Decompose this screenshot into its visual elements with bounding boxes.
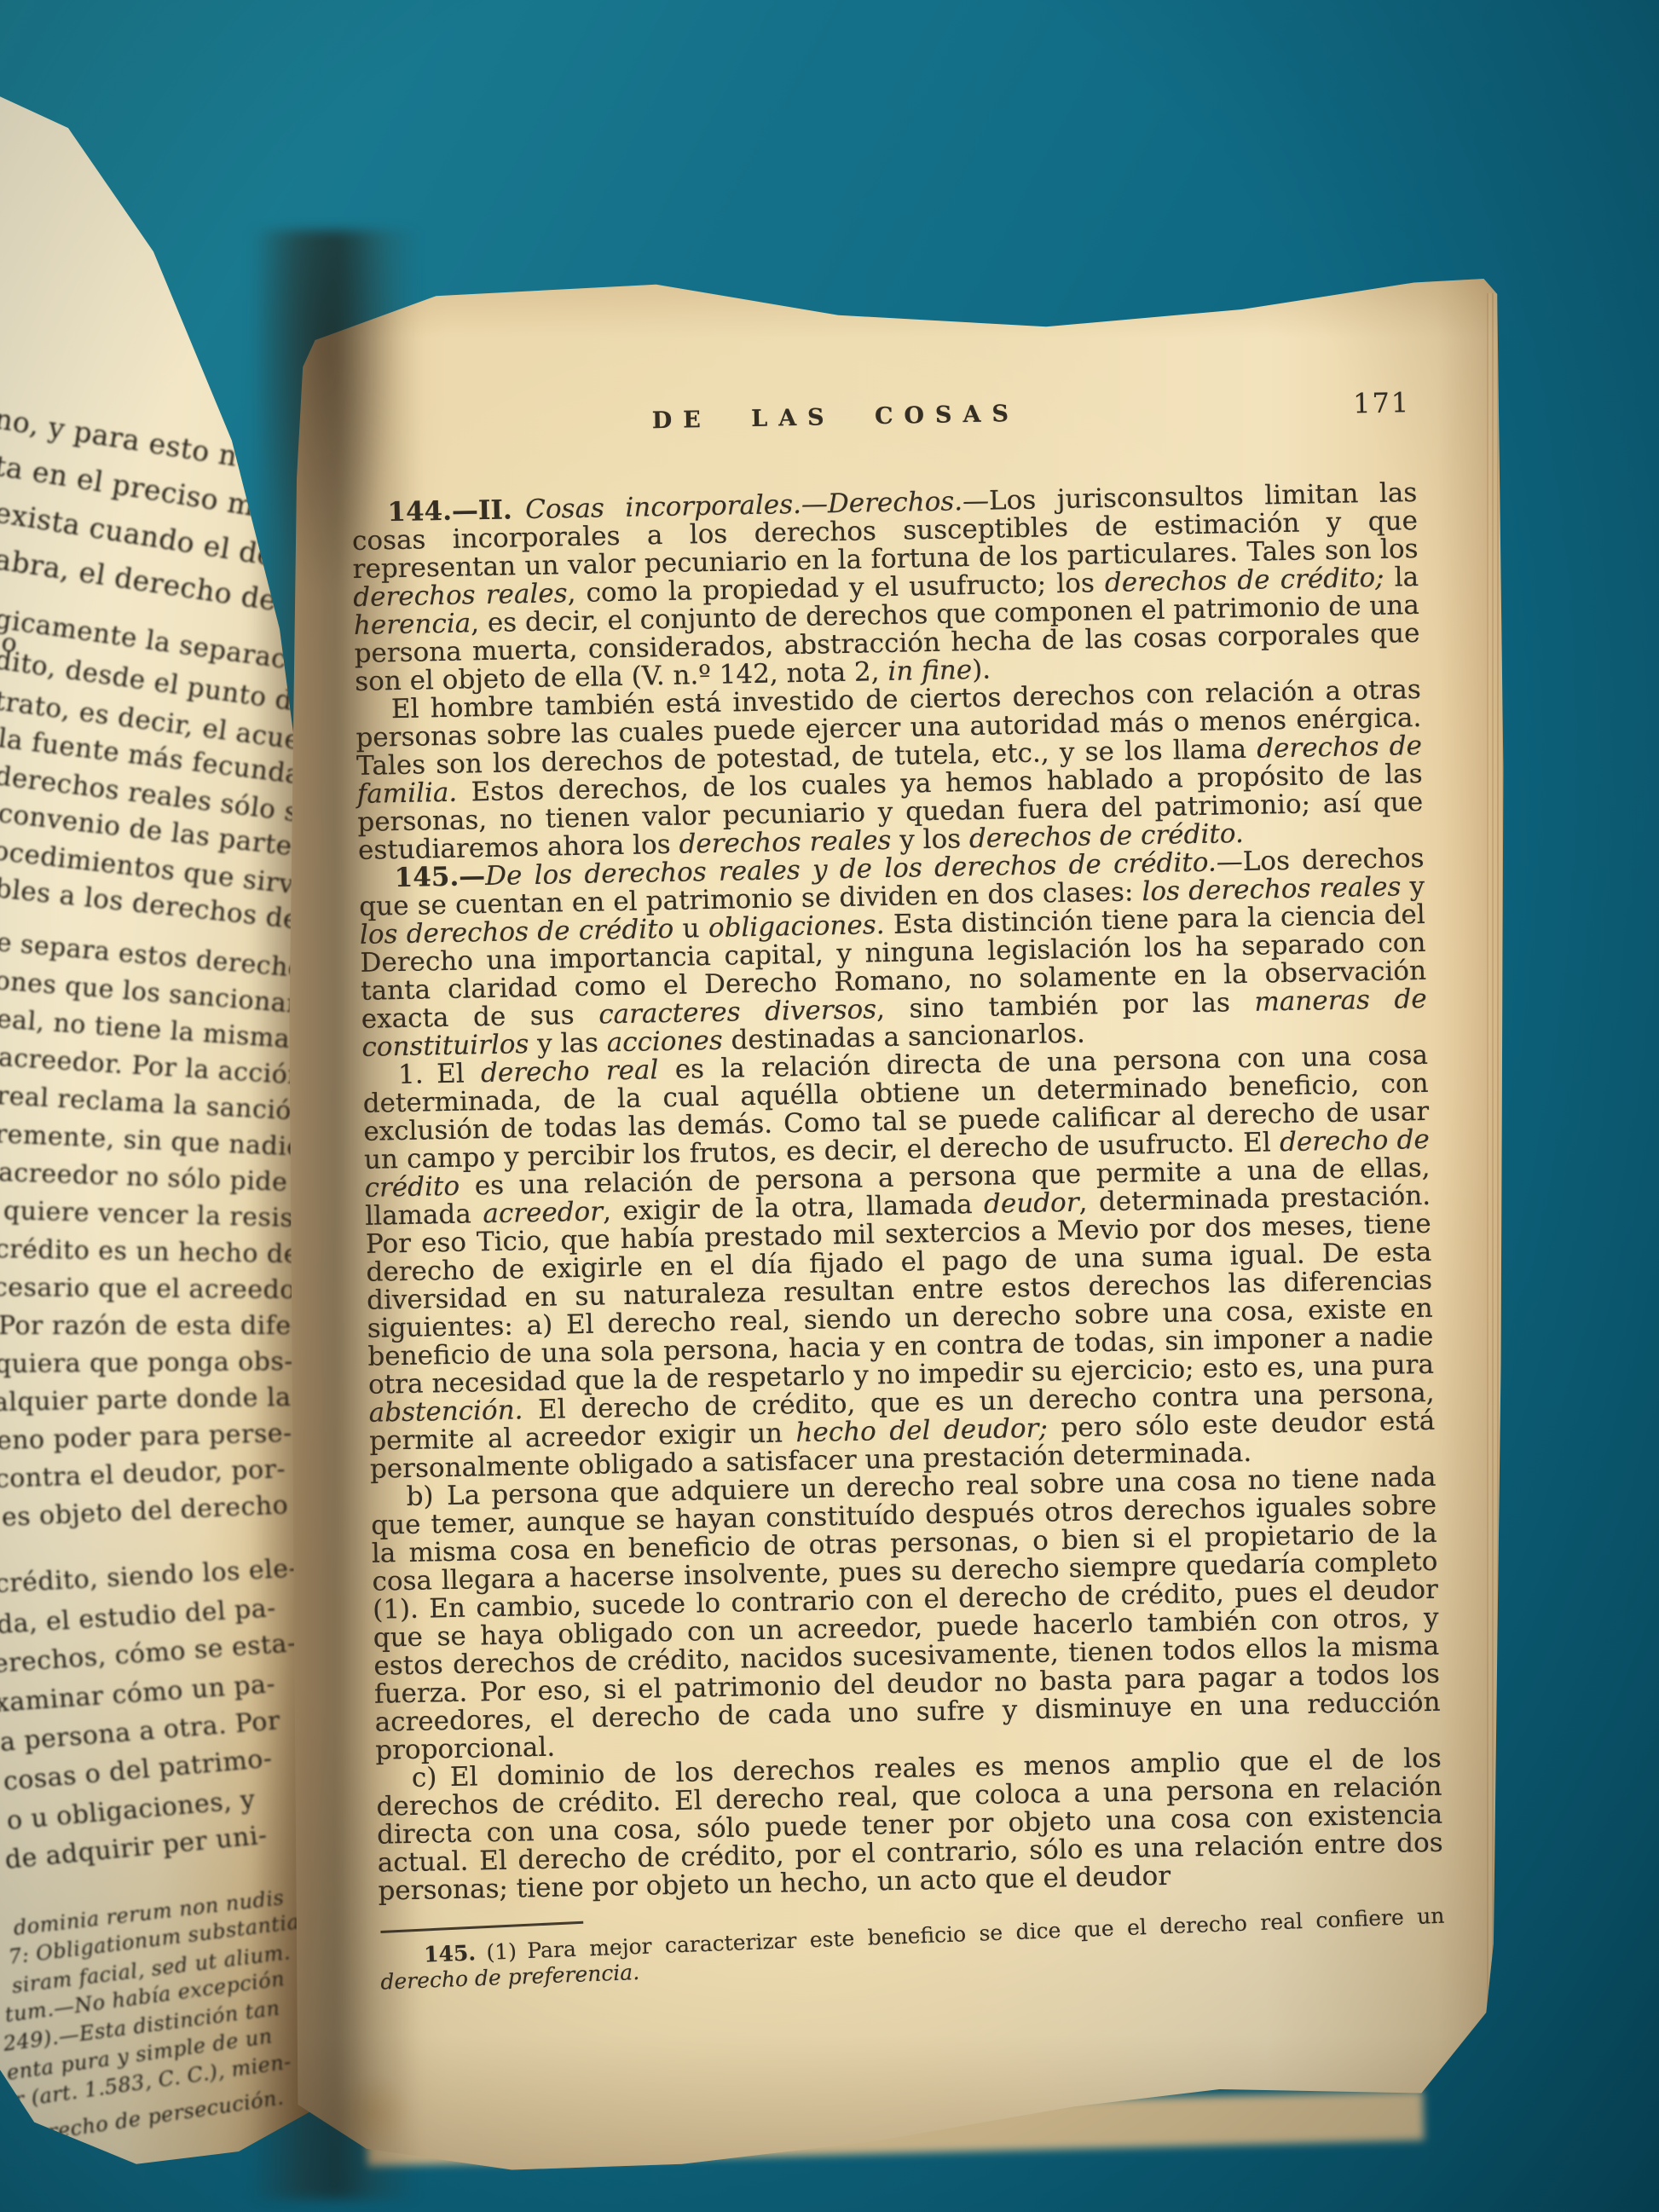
gutter-shadow: [249, 230, 419, 2199]
right-page-text: DE LAS COSAS 171 144.—II. Cosas incorpor…: [350, 389, 1445, 1995]
footnote: 145. (1) Para mejor caracterizar este be…: [379, 1903, 1446, 1995]
page-header: DE LAS COSAS 171: [350, 389, 1416, 448]
text-run: b) La persona que adquiere un derecho re…: [371, 1462, 1441, 1766]
body-paragraph: b) La persona que adquiere un derecho re…: [370, 1464, 1441, 1765]
text-run: 145.: [424, 1940, 477, 1967]
text-run: y las: [529, 1027, 607, 1060]
body-paragraph: 145.—De los derechos reales y de los der…: [358, 845, 1427, 1062]
page-number: 171: [1353, 389, 1411, 418]
text-run: la: [1384, 562, 1419, 593]
left-page-text-fragment: es objeto del derecho: [1, 1490, 289, 1533]
text-run: c) El dominio de los derechos reales es …: [376, 1743, 1443, 1907]
text-run: (1) Para mejor caracterizar este benefic…: [475, 1903, 1444, 1966]
text-run: ).: [972, 655, 991, 685]
book-photo: ono, y para esto no esta en el preciso m…: [0, 0, 1659, 2212]
running-header: DE LAS COSAS: [652, 400, 1020, 435]
body-paragraph: 144.—II. Cosas incorporales.—Derechos.—L…: [351, 479, 1420, 696]
right-page: DE LAS COSAS 171 144.—II. Cosas incorpor…: [288, 271, 1511, 2189]
text-run: y: [1401, 871, 1425, 903]
body-paragraph: 1. El derecho real es la relación direct…: [362, 1042, 1436, 1484]
text-run: y los: [891, 823, 969, 856]
page-fore-edge: [1487, 293, 1509, 2013]
text-run: in fine: [887, 655, 972, 687]
left-page-text-fragment: contra el deudor, por-: [0, 1454, 286, 1494]
left-page-text-fragment: acreedor no sólo pide: [0, 1158, 288, 1198]
left-page-text-fragment: alquier parte donde la: [0, 1383, 292, 1418]
footnote-block: 145. (1) Para mejor caracterizar este be…: [379, 1908, 1445, 1995]
body-paragraph: El hombre también está investido de cier…: [355, 676, 1425, 865]
text-run: u: [673, 913, 708, 944]
body-paragraph: c) El dominio de los derechos reales es …: [376, 1745, 1444, 1906]
